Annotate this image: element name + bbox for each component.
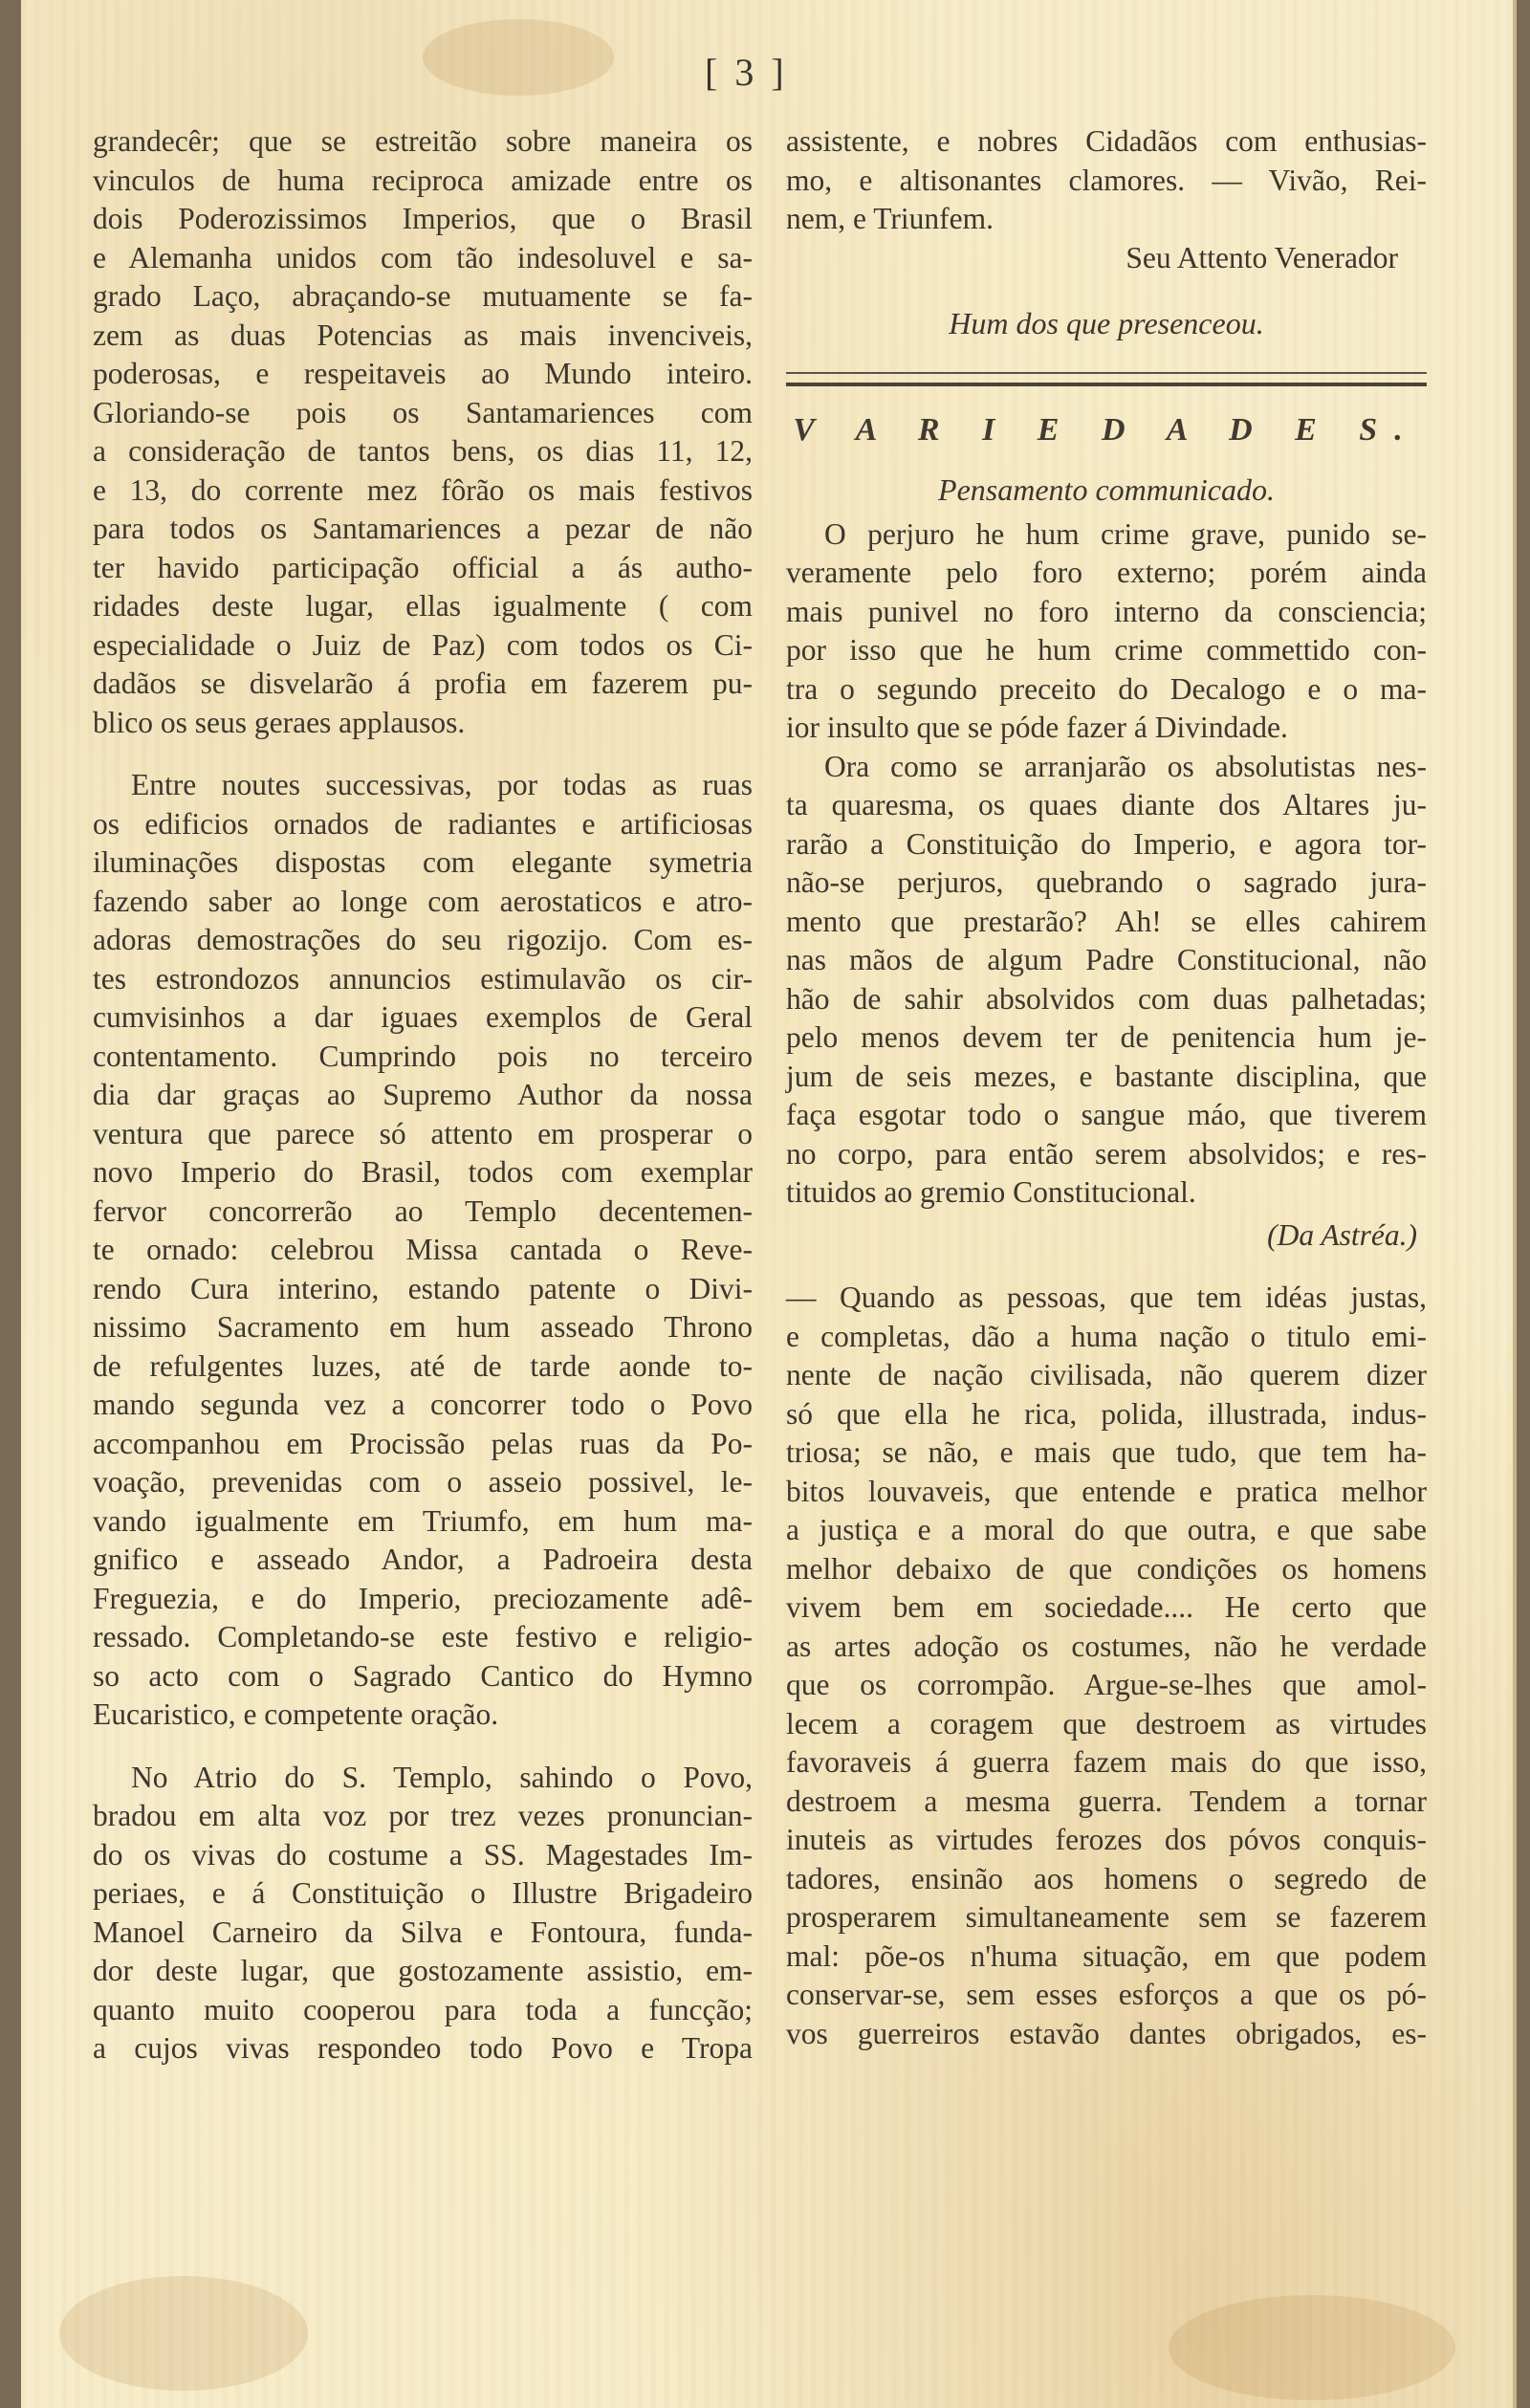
text-line: que os corrompão. Argue-se-lhes que amol… xyxy=(786,1666,1427,1705)
text-line: a consideração de tantos bens, os dias 1… xyxy=(93,432,753,471)
text-line: conservar-se, sem esses esforços a que o… xyxy=(786,1976,1427,2015)
text-line: bitos louvaveis, que entende e pratica m… xyxy=(786,1473,1427,1512)
paragraph-atrio: No Atrio do S. Templo, sahindo o Povo,br… xyxy=(93,1759,753,2069)
text-line: mal: põe-os n'huma situação, em que pode… xyxy=(786,1937,1427,1977)
text-line: te ornado: celebrou Missa cantada o Reve… xyxy=(93,1231,753,1270)
text-line: vivem bem em sociedade.... He certo que xyxy=(786,1588,1427,1628)
text-line: triosa; se não, e mais que tudo, que tem… xyxy=(786,1434,1427,1473)
text-line: do os vivas do costume a SS. Magestades … xyxy=(93,1836,753,1875)
section-divider-rule xyxy=(786,372,1427,386)
text-line: mando segunda vez a concorrer todo o Pov… xyxy=(93,1386,753,1425)
text-line: e completas, dão a huma nação o titulo e… xyxy=(786,1318,1427,1357)
right-column: assistente, e nobres Cidadãos com enthus… xyxy=(786,122,1427,2053)
text-line: os edificios ornados de radiantes e arti… xyxy=(93,805,753,844)
text-line: nem, e Triunfem. xyxy=(786,200,1427,239)
text-line: vos guerreiros estavão dantes obrigados,… xyxy=(786,2015,1427,2054)
text-line: mento que prestarão? Ah! se elles cahire… xyxy=(786,903,1427,942)
water-stain xyxy=(423,19,614,96)
paragraph-perjuro: O perjuro he hum crime grave, punido se-… xyxy=(786,515,1427,748)
text-line: ressado. Completando-se este festivo e r… xyxy=(93,1618,753,1657)
text-line: pelo menos devem ter de penitencia hum j… xyxy=(786,1018,1427,1058)
text-line: lecem a coragem que destroem as virtudes xyxy=(786,1705,1427,1744)
text-line: favoraveis á guerra fazem mais do que is… xyxy=(786,1743,1427,1783)
text-line: por isso que he hum crime commettido con… xyxy=(786,631,1427,670)
text-line: Manoel Carneiro da Silva e Fontoura, fun… xyxy=(93,1914,753,1953)
text-line: voação, prevenidas com o asseio possivel… xyxy=(93,1463,753,1502)
text-line: tra o segundo preceito do Decalogo e o m… xyxy=(786,670,1427,710)
text-line: faça esgotar todo o sangue máo, que tive… xyxy=(786,1096,1427,1135)
paragraph-celebration-intro: grandecêr; que se estreitão sobre maneir… xyxy=(93,122,753,742)
text-line: ta quaresma, os quaes diante dos Altares… xyxy=(786,786,1427,825)
text-line: vinculos de huma reciproca amizade entre… xyxy=(93,162,753,201)
text-line: nente de nação civilisada, não querem di… xyxy=(786,1356,1427,1395)
text-line: ior insulto que se póde fazer á Divindad… xyxy=(786,709,1427,748)
text-line: grado Laço, abraçando-se mutuamente se f… xyxy=(93,277,753,317)
section-title-variedades: V A R I E D A D E S. xyxy=(786,411,1427,450)
paragraph-festivities: Entre noutes successivas, por todas as r… xyxy=(93,766,753,1735)
text-line: para todos os Santamariences a pezar de … xyxy=(93,510,753,549)
text-line: gnifico e asseado Andor, a Padroeira des… xyxy=(93,1541,753,1580)
text-line: mais punivel no foro interno da conscien… xyxy=(786,593,1427,632)
water-stain xyxy=(1169,2295,1455,2400)
text-line: a justiça e a moral do que outra, e que … xyxy=(786,1511,1427,1550)
text-line: fervor concorrerão ao Templo decentemen- xyxy=(93,1193,753,1232)
text-line: rarão a Constituição do Imperio, e agora… xyxy=(786,825,1427,865)
text-line: ventura que parece só attento em prosper… xyxy=(93,1115,753,1154)
water-stain xyxy=(59,2276,308,2391)
text-line: grandecêr; que se estreitão sobre maneir… xyxy=(93,122,753,162)
text-line: adoras demostrações do seu rigozijo. Com… xyxy=(93,921,753,960)
text-line: Ora como se arranjarão os absolutistas n… xyxy=(786,748,1427,787)
text-line: veramente pelo foro externo; porém ainda xyxy=(786,554,1427,593)
signature: Hum dos que presenceou. xyxy=(786,304,1427,343)
left-column: grandecêr; que se estreitão sobre maneir… xyxy=(93,122,753,2069)
text-line: destroem a mesma guerra. Tendem a tornar xyxy=(786,1783,1427,1822)
text-line: cumvisinhos a dar iguaes exemplos de Ger… xyxy=(93,998,753,1038)
text-line: melhor debaixo de que condições os homen… xyxy=(786,1550,1427,1589)
text-line: tituidos ao gremio Constitucional. xyxy=(786,1173,1427,1213)
text-line: periaes, e á Constituição o Illustre Bri… xyxy=(93,1874,753,1914)
text-line: iluminações dispostas com elegante symet… xyxy=(93,843,753,883)
text-line: Freguezia, e do Imperio, preciozamente a… xyxy=(93,1580,753,1619)
text-line: nas mãos de algum Padre Constitucional, … xyxy=(786,941,1427,980)
article-subtitle: Pensamento communicado. xyxy=(786,471,1427,510)
text-line: ter havido participação official a ás au… xyxy=(93,549,753,588)
page-number: [ 3 ] xyxy=(705,50,788,95)
text-line: dadãos se disvelarão á profia em fazerem… xyxy=(93,665,753,704)
text-line: dois Poderozissimos Imperios, que o Bras… xyxy=(93,200,753,239)
text-line: bradou em alta voz por trez vezes pronun… xyxy=(93,1797,753,1836)
text-line: blico os seus geraes applausos. xyxy=(93,704,753,743)
text-line: rendo Cura interino, estando patente o D… xyxy=(93,1270,753,1309)
text-line: de refulgentes luzes, até de tarde aonde… xyxy=(93,1347,753,1387)
text-line: so acto com o Sagrado Cantico do Hymno xyxy=(93,1657,753,1697)
text-line: especialidade o Juiz de Paz) com todos o… xyxy=(93,626,753,666)
text-line: accompanhou em Procissão pelas ruas da P… xyxy=(93,1425,753,1464)
text-line: vando igualmente em Triumfo, em hum ma- xyxy=(93,1502,753,1542)
text-line: a cujos vivas respondeo todo Povo e Trop… xyxy=(93,2029,753,2069)
text-line: hão de sahir absolvidos com duas palheta… xyxy=(786,980,1427,1019)
text-line: zem as duas Potencias as mais invencivei… xyxy=(93,317,753,356)
text-line: Eucaristico, e competente oração. xyxy=(93,1696,753,1735)
text-line: tes estrondozos annuncios estimulavão os… xyxy=(93,960,753,999)
text-line: nissimo Sacramento em hum asseado Throno xyxy=(93,1308,753,1347)
text-line: — Quando as pessoas, que tem idéas justa… xyxy=(786,1279,1427,1318)
signoff: Seu Attento Venerador xyxy=(786,239,1427,278)
text-line: novo Imperio do Brasil, todos com exempl… xyxy=(93,1153,753,1193)
paragraph-absolutistas: Ora como se arranjarão os absolutistas n… xyxy=(786,748,1427,1213)
text-line: mo, e altisonantes clamores. — Vivão, Re… xyxy=(786,162,1427,201)
text-line: contentamento. Cumprindo pois no terceir… xyxy=(93,1038,753,1077)
text-line: Gloriando-se pois os Santamariences com xyxy=(93,394,753,433)
text-line: e Alemanha unidos com tão indesoluvel e … xyxy=(93,239,753,278)
text-line: prosperarem simultaneamente sem se fazer… xyxy=(786,1898,1427,1937)
text-line: No Atrio do S. Templo, sahindo o Povo, xyxy=(93,1759,753,1798)
text-line: jum de seis mezes, e bastante disciplina… xyxy=(786,1058,1427,1097)
text-line: dia dar graças ao Supremo Author da noss… xyxy=(93,1076,753,1115)
text-line: assistente, e nobres Cidadãos com enthus… xyxy=(786,122,1427,162)
paragraph-nacao-civilisada: — Quando as pessoas, que tem idéas justa… xyxy=(786,1279,1427,2053)
text-line: poderosas, e respeitaveis ao Mundo intei… xyxy=(93,355,753,394)
article-source: (Da Astréa.) xyxy=(786,1216,1427,1256)
text-line: tadores, ensinão aos homens o segredo de xyxy=(786,1860,1427,1899)
text-line: dor deste lugar, que gostozamente assist… xyxy=(93,1952,753,1991)
newspaper-page: [ 3 ] grandecêr; que se estreitão sobre … xyxy=(21,0,1517,2408)
text-line: ridades deste lugar, ellas igualmente ( … xyxy=(93,587,753,626)
text-line: fazendo saber ao longe com aerostaticos … xyxy=(93,883,753,922)
paragraph-continuation: assistente, e nobres Cidadãos com enthus… xyxy=(786,122,1427,239)
text-line: inuteis as virtudes ferozes dos póvos co… xyxy=(786,1821,1427,1860)
text-line: as artes adoção os costumes, não he verd… xyxy=(786,1628,1427,1667)
text-line: só que ella he rica, polida, illustrada,… xyxy=(786,1395,1427,1434)
text-line: no corpo, para então serem absolvidos; e… xyxy=(786,1135,1427,1174)
text-line: quanto muito cooperou para toda a funcçã… xyxy=(93,1991,753,2030)
text-line: e 13, do corrente mez fôrão os mais fest… xyxy=(93,471,753,511)
text-line: não-se perjuros, quebrando o sagrado jur… xyxy=(786,864,1427,903)
text-line: Entre noutes successivas, por todas as r… xyxy=(93,766,753,805)
text-line: O perjuro he hum crime grave, punido se- xyxy=(786,515,1427,555)
